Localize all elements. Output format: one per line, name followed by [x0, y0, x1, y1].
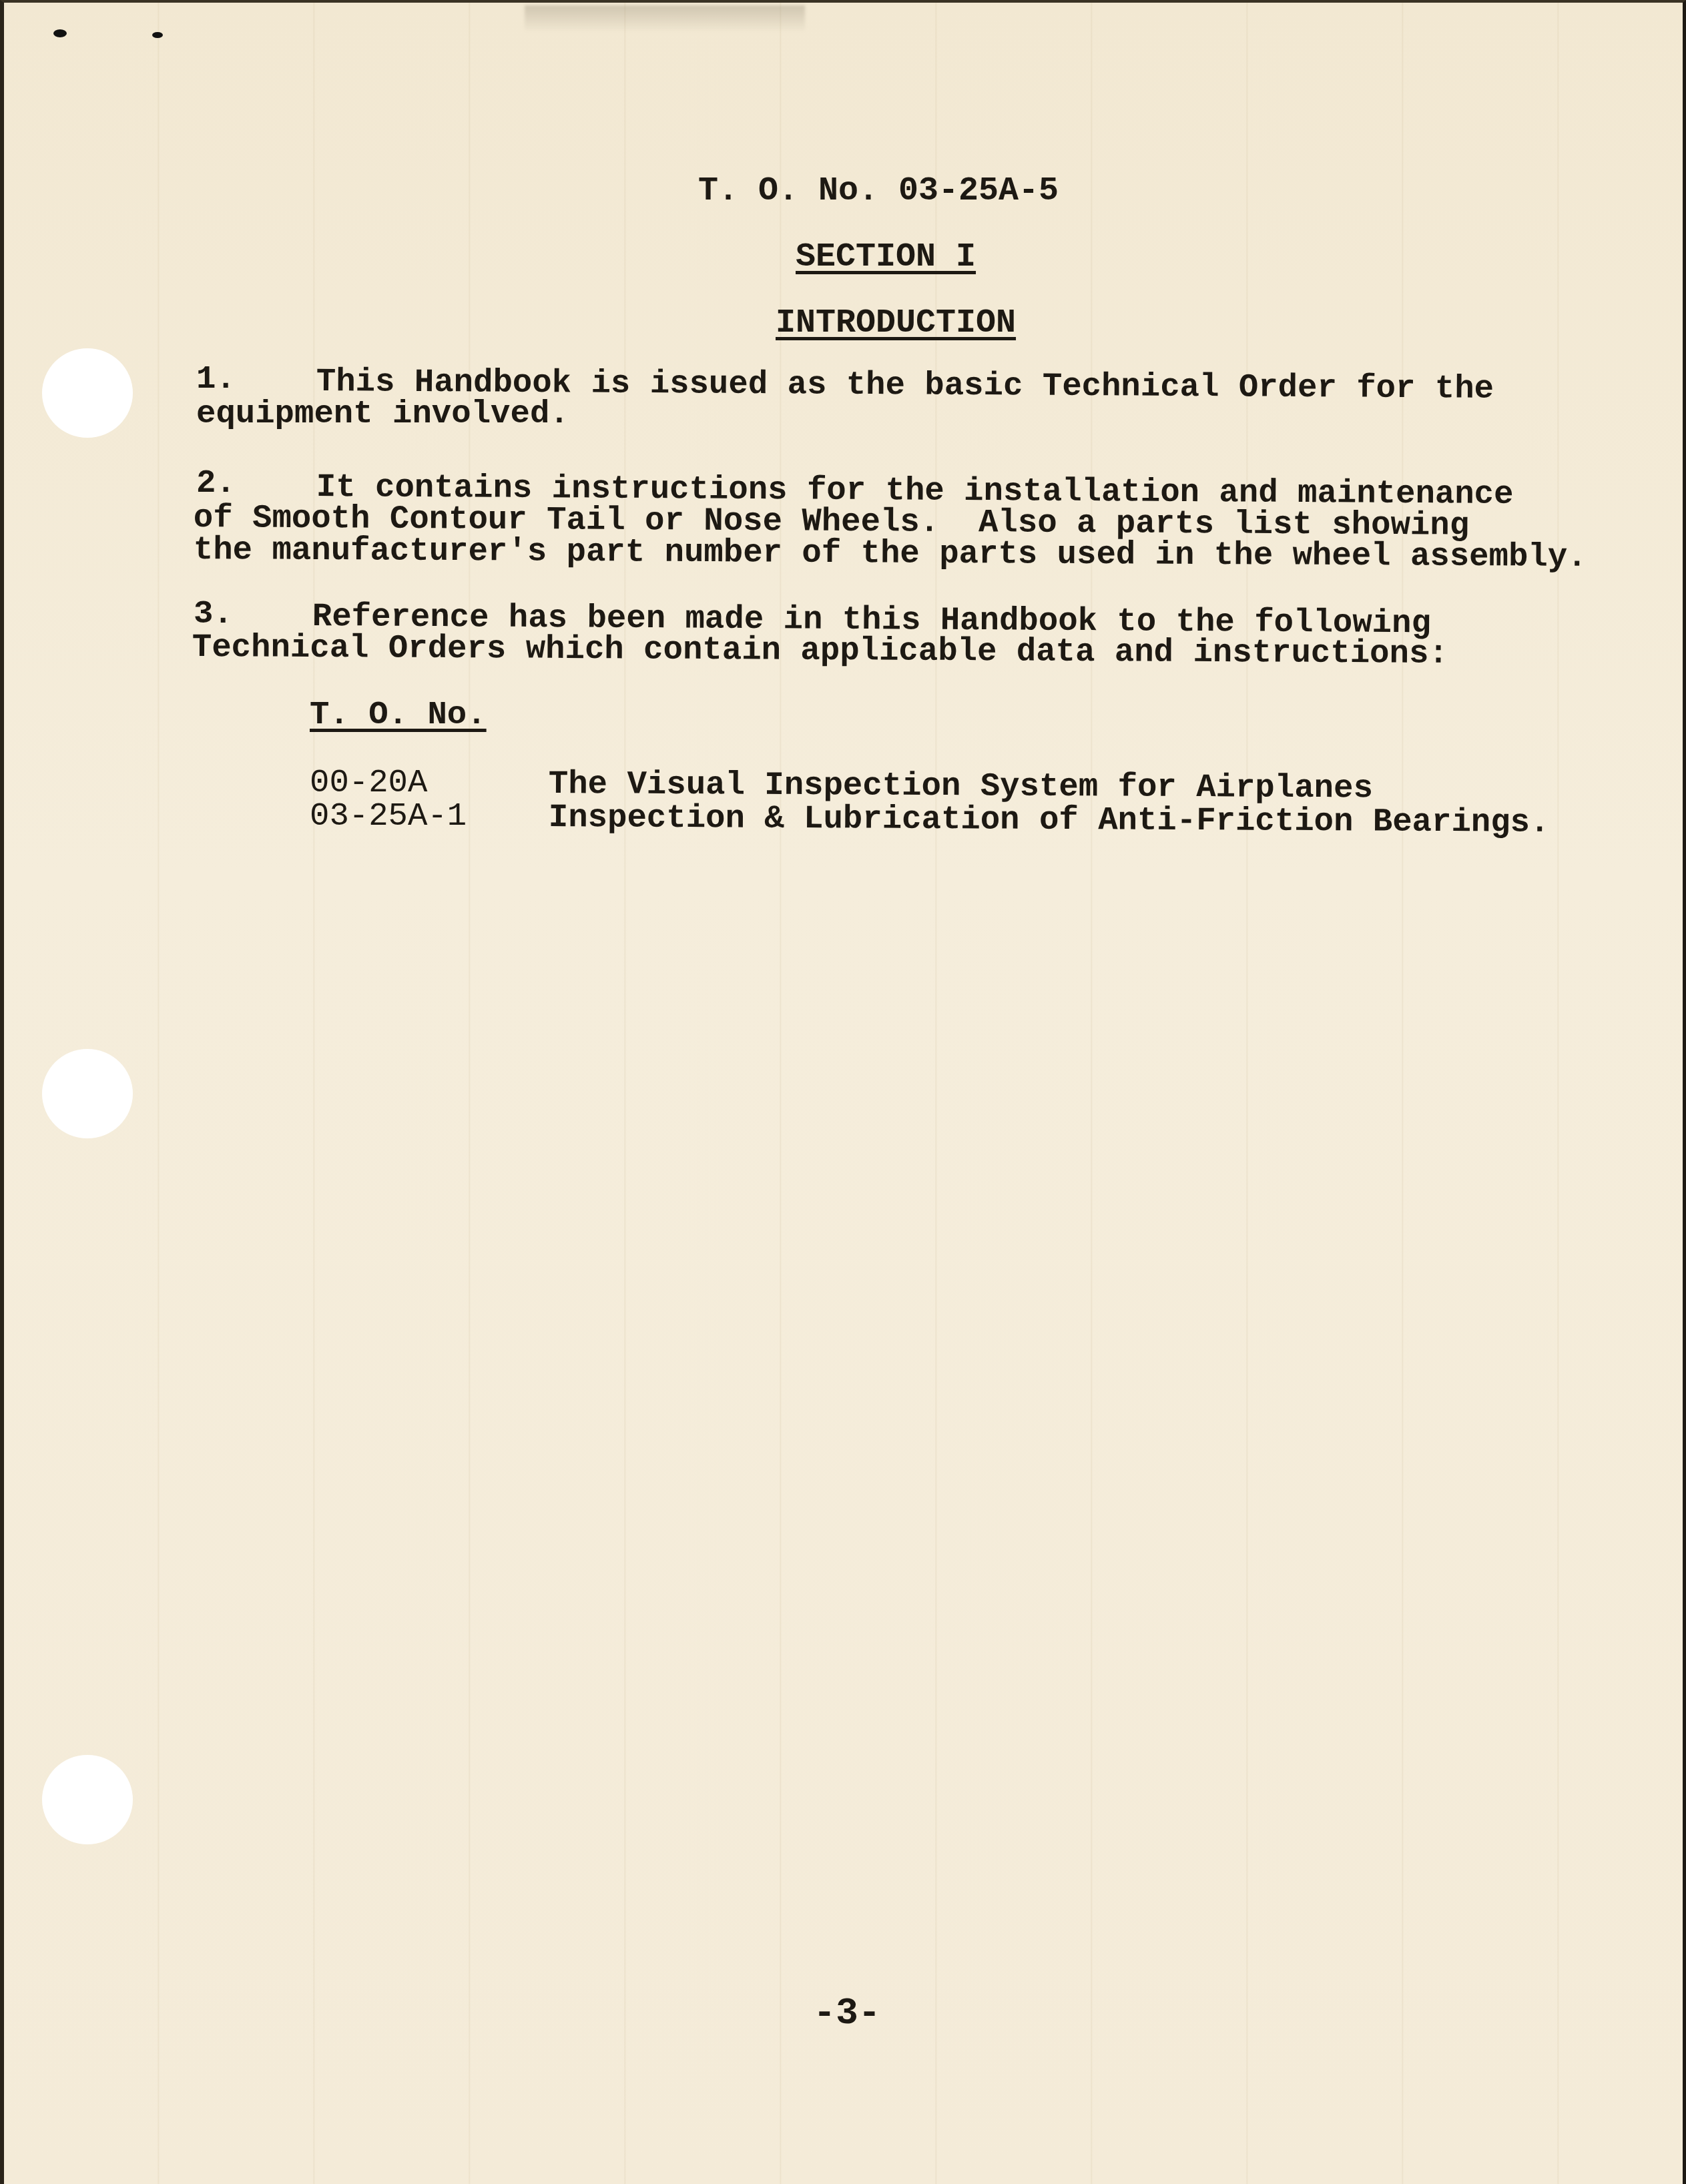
scan-smudge: [525, 5, 805, 32]
paragraph-line: Technical Orders which contain applicabl…: [192, 631, 1448, 671]
description-cell: Inspection & Lubrication of Anti-Frictio…: [549, 801, 1550, 839]
paragraph-number: 2.: [196, 467, 236, 500]
to-number-cell: 00-20A: [310, 767, 427, 799]
section-heading: SECTION I: [796, 241, 976, 274]
paragraph-line: the manufacturer's part number of the pa…: [194, 534, 1587, 574]
page-number: -3-: [4, 1994, 1686, 2032]
binder-punch-hole: [42, 1049, 133, 1138]
document-page: T. O. No. 03-25A-5 SECTION I INTRODUCTIO…: [0, 0, 1686, 2184]
paragraph-line: equipment involved.: [196, 398, 569, 430]
ink-dot: [53, 29, 67, 37]
introduction-heading: INTRODUCTION: [776, 307, 1016, 340]
paragraph-number: 1.: [196, 363, 236, 396]
binder-punch-hole: [42, 1755, 133, 1844]
technical-order-number: T. O. No. 03-25A-5: [698, 175, 1059, 208]
table-column-header: T. O. No.: [310, 699, 487, 731]
paragraph-number: 3.: [194, 598, 233, 631]
binder-punch-hole: [42, 348, 133, 438]
ink-dot: [152, 32, 163, 38]
to-number-cell: 03-25A-1: [310, 800, 467, 833]
